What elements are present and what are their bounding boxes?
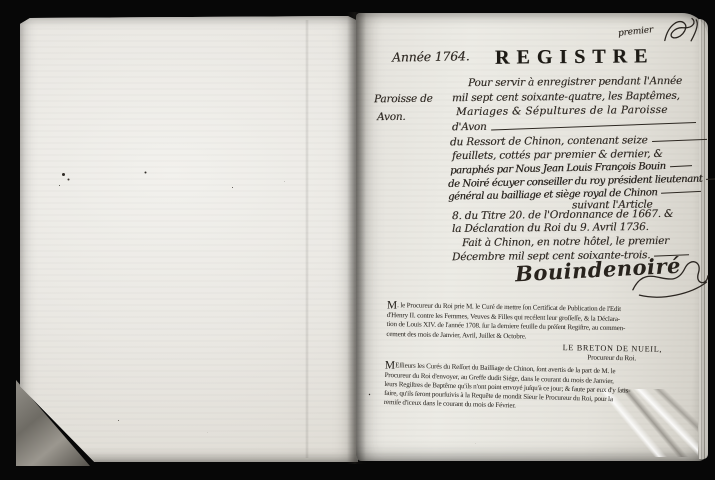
manuscript-line: du Ressort de Chinon, contenant seize [450,134,707,149]
year-label: Année 1764. [392,50,470,63]
paraph-flourish-icon [658,13,706,54]
printed-notice-cures: MEſſieurs les Curés du Reſſort du Bailli… [384,361,677,415]
drop-cap: M [385,360,396,372]
register-photo: premier Année 1764. REGISTRE Paroisse de… [0,0,715,480]
manuscript-line: Fait à Chinon, en notre hôtel, le premie… [462,235,669,249]
manuscript-line: mil sept cent soixante-quatre, les Baptê… [452,90,680,104]
manuscript-line: 8. du Titre 20. de l'Ordonnance de 1667.… [452,208,673,222]
page-title: REGISTRE [495,45,655,69]
manuscript-line: Pour servir à enregistrer pendant l'Anné… [468,75,682,89]
manuscript-line: la Déclaration du Roi du 9. Avril 1736. [452,221,649,235]
margin-note-parish: Paroisse de [374,93,433,106]
page-content: premier Année 1764. REGISTRE Paroisse de… [0,0,715,480]
manuscript-line: Mariages & Sépultures de la Paroisse [456,104,668,118]
folio-corner-note: premier [617,24,653,40]
drop-cap: M [387,300,397,312]
manuscript-line: feuillets, cottés par premier & dernier,… [452,148,663,162]
manuscript-line: d'Avon [452,119,696,134]
printed-notice-procureur: M. le Procureur du Roi prie M. le Curé d… [386,301,679,364]
margin-note-parish-name: Avon. [377,111,406,123]
